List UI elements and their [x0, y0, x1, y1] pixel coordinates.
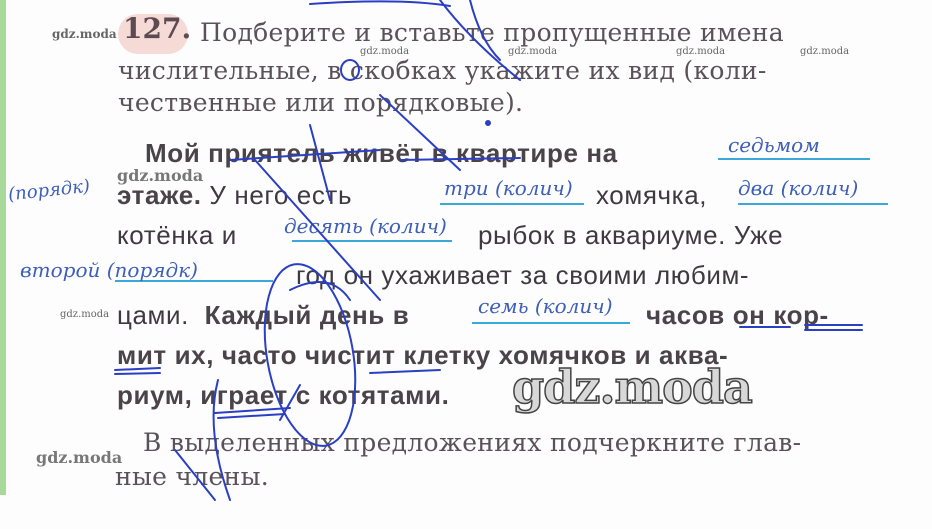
text-hamsters: хомячка,	[596, 180, 707, 211]
instruction-line-1: Подберите и вставьте пропущенные имена	[200, 18, 784, 47]
margin-bar	[0, 0, 6, 495]
watermark: gdz.moda	[52, 27, 117, 41]
answer-fish: десять (колич)	[284, 214, 447, 238]
task-line-2: ные члены.	[115, 462, 269, 491]
exercise-number: 127.	[123, 12, 191, 45]
blank-kittens	[738, 203, 888, 205]
watermark: gdz.moda	[360, 46, 409, 57]
text-line-5-start: цами. Каждый день в	[117, 300, 409, 331]
blank-hours	[472, 322, 630, 324]
watermark-large: gdz.moda	[512, 360, 752, 414]
answer-floor: седьмом	[728, 133, 820, 157]
instruction-line-3: чественные или порядковые).	[118, 88, 523, 117]
answer-hours: семь (колич)	[478, 294, 613, 318]
blank-hamsters	[440, 203, 584, 205]
text-line-4: год он ухаживает за своими любим-	[296, 260, 749, 291]
text-pets: цами.	[117, 300, 189, 330]
text-has: У него есть	[202, 180, 353, 210]
task-line-1: В выделенных предложениях подчеркните гл…	[143, 428, 801, 457]
text-line-3-end: рыбок в аквариуме. Уже	[478, 220, 783, 251]
watermark: gdz.moda	[676, 46, 725, 57]
watermark: gdz.moda	[800, 46, 849, 57]
text-line-1: Мой приятель живёт в квартире на	[145, 138, 618, 169]
watermark: gdz.moda	[36, 448, 122, 467]
blank-floor	[718, 158, 870, 160]
instruction-line-2: числительные, в скобках укажите их вид (…	[118, 56, 767, 85]
text-every-day: Каждый день в	[205, 300, 410, 330]
textbook-page: 127. Подберите и вставьте пропущенные им…	[0, 0, 932, 529]
text-line-3-start: котёнка и	[117, 220, 237, 251]
answer-year: второй (порядк)	[20, 258, 198, 282]
margin-note-floor: (порядк)	[7, 176, 91, 205]
text-line-7: риум, играет с котятами.	[117, 380, 449, 411]
watermark: gdz.moda	[60, 309, 109, 320]
text-line-5-end: часов он кор-	[646, 300, 829, 331]
answer-kittens: два (колич)	[738, 176, 858, 200]
answer-hamsters: три (колич)	[444, 176, 573, 200]
watermark: gdz.moda	[117, 166, 203, 185]
watermark: gdz.moda	[508, 46, 557, 57]
blank-fish	[292, 240, 452, 242]
